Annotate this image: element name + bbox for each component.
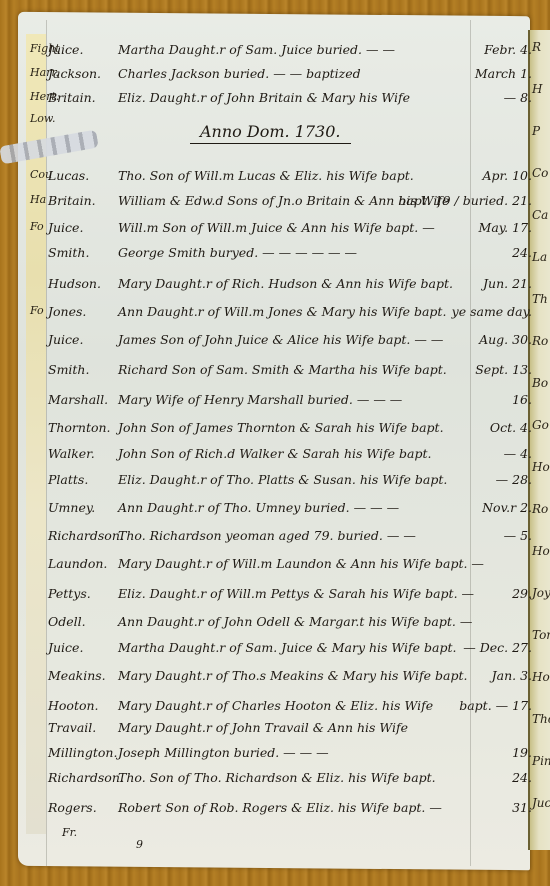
entry-date: 29. [462,586,532,601]
register-entry: Platts.Eliz. Daught.r of Tho. Platts & S… [0,472,550,494]
facing-page-fragment: Tho [532,712,550,726]
facing-page-fragment: Ro [532,502,548,516]
entry-date: 24. [462,245,532,260]
entry-text: Robert Son of Rob. Rogers & Eliz. his Wi… [118,800,442,815]
surname: Odell. [48,614,86,629]
entry-date: ye same day. [452,304,532,319]
surname: Smith. [48,362,89,377]
register-entry: Travail.Mary Daught.r of John Travail & … [0,720,550,742]
register-entry: Richardson.Tho. Richardson yeoman aged 7… [0,528,550,550]
surname: Hudson. [48,276,101,291]
register-entry: Walker.John Son of Rich.d Walker & Sarah… [0,446,550,468]
surname: Walker. [48,446,95,461]
facing-page-fragment: H [532,82,542,96]
register-entry: Laundon.Mary Daught.r of Will.m Laundon … [0,556,550,578]
surname: Pettys. [48,586,91,601]
surname: Smith. [48,245,89,260]
facing-page-fragment: Bo [532,376,548,390]
register-entry: Umney.Ann Daught.r of Tho. Umney buried.… [0,500,550,522]
facing-page-fragment: Juc [532,796,550,810]
margin-note: Fo [30,220,44,233]
entry-text: Mary Daught.r of Will.m Laundon & Ann hi… [118,556,484,571]
margin-note: Low. [30,112,56,125]
facing-page-fragment: Go [532,418,549,432]
surname: Juice. [48,220,83,235]
entry-text: John Son of James Thornton & Sarah his W… [118,420,444,435]
surname: Thornton. [48,420,111,435]
register-entry: Juice.James Son of John Juice & Alice hi… [0,332,550,354]
surname: Laundon. [48,556,107,571]
entry-date: — 28. [462,472,532,487]
entry-text: Joseph Millington buried. — — — [118,745,329,760]
register-entry: Meakins.Mary Daught.r of Tho.s Meakins &… [0,668,550,690]
surname: Marshall. [48,392,108,407]
register-entry: Marshall.Mary Wife of Henry Marshall bur… [0,392,550,414]
facing-page-fragment: Ca [532,208,548,222]
entry-text: Will.m Son of Will.m Juice & Ann his Wif… [118,220,435,235]
register-entry: Richardson.Tho. Son of Tho. Richardson &… [0,770,550,792]
register-entry: FoJuice.Will.m Son of Will.m Juice & Ann… [0,220,550,242]
register-entry: Hert. Britain. Eliz. Daught.r of John Br… [0,90,550,112]
entry-text: Eliz. Daught.r of Tho. Platts & Susan. h… [118,472,447,487]
entry-date: Oct. 4. [462,420,532,435]
surname: Juice. [48,640,83,655]
facing-page-fragment: P [532,124,540,138]
entry-text: Mary Daught.r of Tho.s Meakins & Mary hi… [118,668,468,683]
register-entry: Thornton.John Son of James Thornton & Sa… [0,420,550,442]
entry-date: Febr. 4. [462,42,532,57]
margin-note: Ha [30,193,46,206]
entry-text: John Son of Rich.d Walker & Sarah his Wi… [118,446,431,461]
entry-date: — Dec. 27. [462,640,532,655]
register-entry: HaBritain.William & Edw.d Sons of Jn.o B… [0,193,550,215]
facing-page-fragment: Th [532,292,548,306]
entry-text: Ann Daught.r of Tho. Umney buried. — — — [118,500,399,515]
entry-date: Jan. 3. [462,668,532,683]
facing-page-fragment: Co [532,166,548,180]
surname: Britain. [48,193,96,208]
entry-date: Sept. 13. [462,362,532,377]
surname: Britain. [48,90,96,105]
facing-page-fragment: Joy [532,586,550,600]
surname: Juice. [48,332,83,347]
facing-page-fragment: Pin [532,754,550,768]
entry-text: Tho. Son of Will.m Lucas & Eliz. his Wif… [118,168,414,183]
entry-date: Apr. 10. [462,168,532,183]
facing-page-fragment: Ro [532,334,548,348]
surname: Jackson. [48,66,101,81]
year-heading: Anno Dom. 1730. [190,122,351,144]
register-entry: FoJones.Ann Daught.r of Will.m Jones & M… [0,304,550,326]
surname: Richardson. [48,770,124,785]
entry-text: Mary Daught.r of Rich. Hudson & Ann his … [118,276,453,291]
surname: Jones. [48,304,86,319]
surname: Hooton. [48,698,99,713]
surname: Lucas. [48,168,89,183]
entry-text: Mary Daught.r of Charles Hooton & Eliz. … [118,698,433,713]
footer-mark: Fr. [62,826,77,839]
entry-date: March 1. [462,66,532,81]
entry-text: Eliz. Daught.r of Will.m Pettys & Sarah … [118,586,474,601]
register-entry: Hooton.Mary Daught.r of Charles Hooton &… [0,698,550,720]
entry-date: 19. [462,745,532,760]
register-entry: Smith.George Smith buryed. — — — — — —24… [0,245,550,267]
entry-date: — 8. [462,90,532,105]
entry-date: May. 17. [462,220,532,235]
entry-date: Nov.r 2. [462,500,532,515]
surname: Platts. [48,472,88,487]
register-entry: Millington.Joseph Millington buried. — —… [0,745,550,767]
entry-date: 24. [462,770,532,785]
facing-page-fragment: Ho [532,460,550,474]
surname: Travail. [48,720,96,735]
entry-text: Mary Daught.r of John Travail & Ann his … [118,720,408,735]
entry-date: Jun. 21. [462,276,532,291]
entry-date: — 4. [462,446,532,461]
entry-text: Tho. Richardson yeoman aged 79. buried. … [118,528,416,543]
entry-text: Eliz. Daught.r of John Britain & Mary hi… [118,90,410,105]
surname: Millington. [48,745,117,760]
register-entry: CouLucas.Tho. Son of Will.m Lucas & Eliz… [0,168,550,190]
surname: Umney. [48,500,95,515]
footer-mark: 9 [136,838,143,851]
register-entry: Fight Juice. Martha Daught.r of Sam. Jui… [0,42,550,64]
entry-date: 16. [462,392,532,407]
entry-text: Ann Daught.r of John Odell & Margar.t hi… [118,614,472,629]
facing-page-fragment: Hoo [532,670,550,684]
entry-text: Martha Daught.r of Sam. Juice & Mary his… [118,640,457,655]
entry-text: George Smith buryed. — — — — — — [118,245,357,260]
entry-date: Aug. 30. [462,332,532,347]
register-entry: Rogers.Robert Son of Rob. Rogers & Eliz.… [0,800,550,822]
entry-text: Ann Daught.r of Will.m Jones & Mary his … [118,304,446,319]
entry-text: James Son of John Juice & Alice his Wife… [118,332,443,347]
surname: Juice. [48,42,83,57]
register-entry: Hudson.Mary Daught.r of Rich. Hudson & A… [0,276,550,298]
entry-text: Martha Daught.r of Sam. Juice buried. — … [118,42,395,57]
entry-text: Mary Wife of Henry Marshall buried. — — … [118,392,402,407]
register-entry: Juice.Martha Daught.r of Sam. Juice & Ma… [0,640,550,662]
entry-date: bapt. 19 / buried. 21. [398,193,532,208]
surname: Richardson. [48,528,124,543]
register-entry: Harr. Jackson. Charles Jackson buried. —… [0,66,550,88]
facing-page-fragment: Hoo [532,544,550,558]
register-entry: Pettys.Eliz. Daught.r of Will.m Pettys &… [0,586,550,608]
facing-page-fragment: R [532,40,541,54]
surname: Meakins. [48,668,106,683]
facing-page-fragment: Tom [532,628,550,642]
entry-date: 31. [462,800,532,815]
surname: Rogers. [48,800,97,815]
entry-text: Richard Son of Sam. Smith & Martha his W… [118,362,447,377]
register-entry: Odell.Ann Daught.r of John Odell & Marga… [0,614,550,636]
margin-note: Fo [30,304,44,317]
register-entry: Smith.Richard Son of Sam. Smith & Martha… [0,362,550,384]
entry-date: — 5. [462,528,532,543]
entry-text: Charles Jackson buried. — — baptized [118,66,361,81]
entry-text: Tho. Son of Tho. Richardson & Eliz. his … [118,770,436,785]
entry-date: bapt. — 17. [459,698,532,713]
facing-page-fragment: La [532,250,547,264]
